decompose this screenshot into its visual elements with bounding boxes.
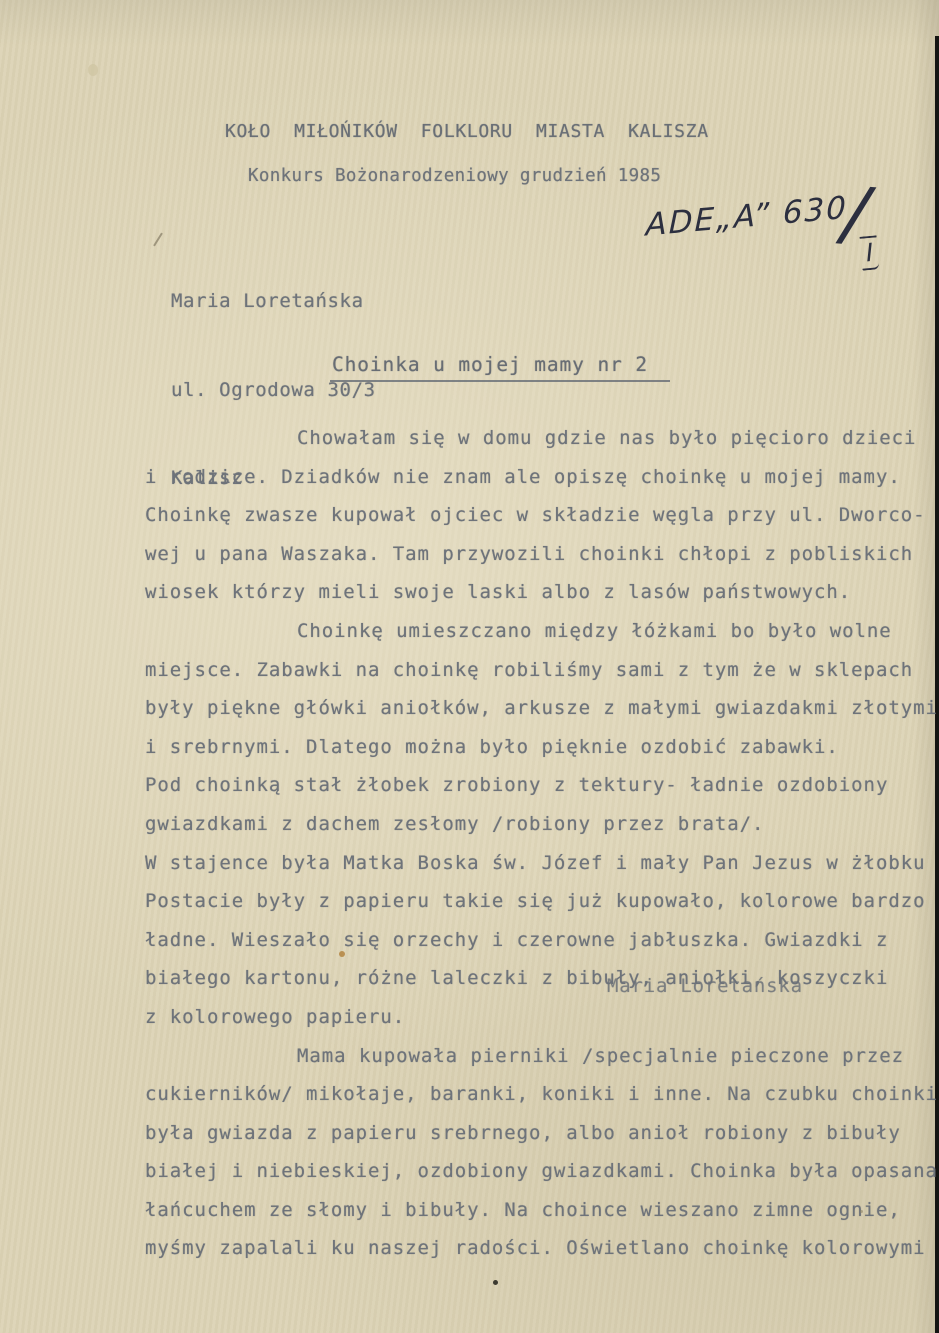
typewritten-line: były piękne główki aniołków, arkusze z m… bbox=[145, 689, 937, 728]
typewritten-line: Pod choinką stał żłobek zrobiony z tektu… bbox=[145, 766, 937, 805]
typewritten-line: Postacie były z papieru takie się już ku… bbox=[145, 882, 937, 921]
typewritten-line: i rodzice. Dziadków nie znam ale opiszę … bbox=[145, 458, 937, 497]
typewritten-line: z kolorowego papieru. bbox=[145, 998, 937, 1037]
typewritten-body: Chowałam się w domu gdzie nas było pięci… bbox=[145, 419, 937, 1268]
typewritten-line: cukierników/ mikołaje, baranki, koniki i… bbox=[145, 1075, 937, 1114]
event-header: Konkurs Bożonarodzeniowy grudzień 1985 bbox=[248, 166, 661, 186]
typewritten-line: białego kartonu, różne laleczki z bibuły… bbox=[145, 959, 937, 998]
author-name: Maria Loretańska bbox=[171, 287, 376, 317]
handwritten-archive-mark: ADE„A” 630 / I bbox=[643, 175, 912, 317]
organization-header: KOŁO MIŁOŃIKÓW FOLKLORU MIASTA KALISZA bbox=[225, 121, 709, 142]
paper-blemish bbox=[88, 64, 98, 76]
typewritten-line: miejsce. Zabawki na choinkę robiliśmy sa… bbox=[145, 651, 937, 690]
typewritten-line: Mama kupowała pierniki /specjalnie piecz… bbox=[145, 1037, 937, 1076]
ink-dot bbox=[493, 1280, 498, 1285]
typewritten-line: wiosek którzy mieli swoje laski albo z l… bbox=[145, 573, 937, 612]
typewritten-line: Choinkę zwasze kupował ojciec w składzie… bbox=[145, 496, 937, 535]
typewritten-line: wej u pana Waszaka. Tam przywozili choin… bbox=[145, 535, 937, 574]
typewritten-line: gwiazdkami z dachem zesłomy /robiony prz… bbox=[145, 805, 937, 844]
typewritten-line: i srebrnymi. Dlatego można było pięknie … bbox=[145, 728, 937, 767]
typewritten-line: białej i niebieskiej, ozdobiony gwiazdka… bbox=[145, 1152, 937, 1191]
typewritten-line: łańcuchem ze słomy i bibuły. Na choince … bbox=[145, 1191, 937, 1230]
typewritten-line: myśmy zapalali ku naszej radości. Oświet… bbox=[145, 1229, 937, 1268]
paper-speck bbox=[339, 951, 345, 957]
document-title: Choinka u mojej mamy nr 2 bbox=[330, 353, 670, 382]
paper-speck bbox=[860, 1210, 863, 1213]
typewritten-line: ładne. Wieszało się orzechy i czerowne j… bbox=[145, 921, 937, 960]
overprint-author-name: Maria Loretańska bbox=[607, 975, 803, 997]
typewritten-line: była gwiazda z papieru srebrnego, albo a… bbox=[145, 1114, 937, 1153]
archive-mark-numeral: I bbox=[860, 235, 880, 270]
typewritten-line: Choinkę umieszczano między łóżkami bo by… bbox=[145, 612, 937, 651]
typewritten-line: Chowałam się w domu gdzie nas było pięci… bbox=[145, 419, 937, 458]
typewritten-line: W stajence była Matka Boska św. Józef i … bbox=[145, 844, 937, 883]
archive-mark-text: ADE„A” 630 bbox=[645, 190, 848, 244]
